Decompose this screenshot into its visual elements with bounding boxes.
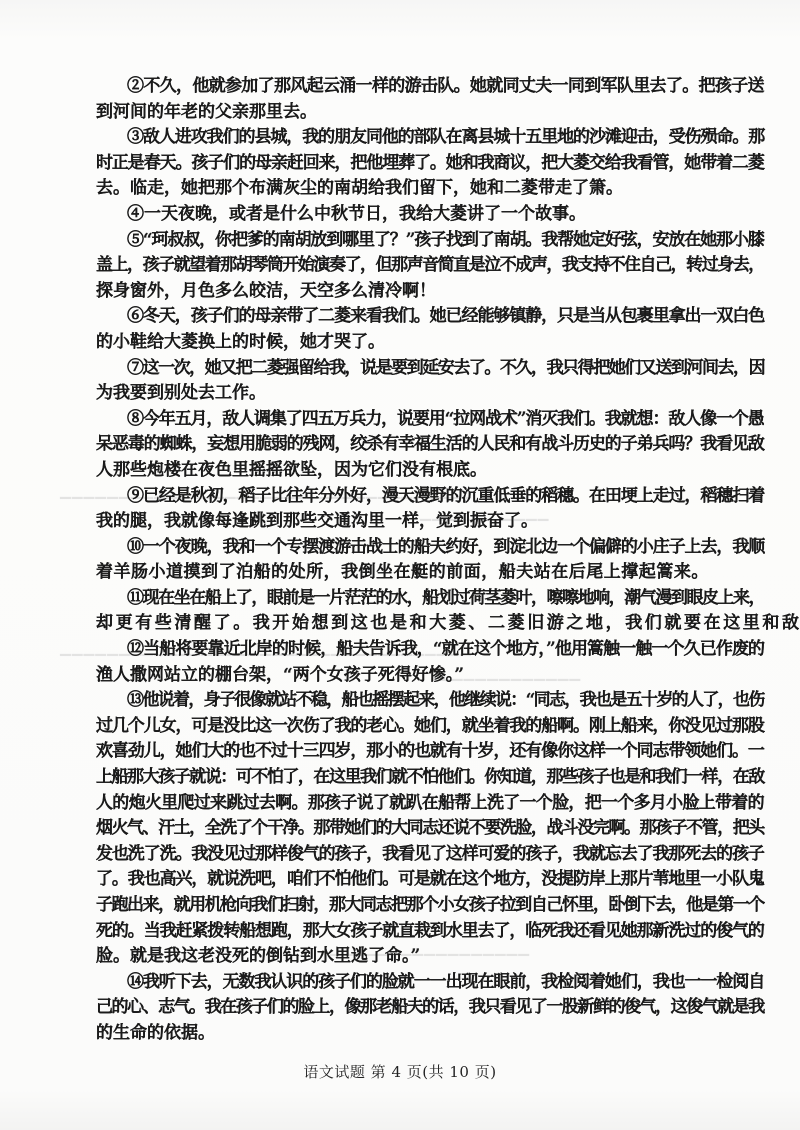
text-line: ⑩一个夜晚，我和一个专摆渡游击战士的船夫约好，到淀北边一个偏僻的小庄子上去，我顺 bbox=[96, 535, 764, 561]
paragraph-7: ⑦这一次，她又把二菱强留给我，说是要到延安去了。不久，我只得把她们又送到河间去，… bbox=[96, 356, 764, 407]
text-line: ③敌人进攻我们的县城，我的朋友同他的部队在离县城十五里地的沙滩迎击，受伤殒命。那 bbox=[96, 125, 764, 151]
text-line: 渔人撒网站立的棚台架，“两个女孩子死得好惨。” bbox=[96, 663, 764, 689]
text-line: ⑪现在坐在船上了，眼前是一片茫茫的水，船划过荷茎菱叶，嚓嚓地响，潮气漫到眼皮上来… bbox=[96, 586, 764, 612]
text-line: ④一天夜晚，或者是什么中秋节日，我给大菱讲了一个故事。 bbox=[96, 202, 764, 228]
text-line: 的生命的依据。 bbox=[96, 1021, 764, 1047]
text-line: 脸。就是我这老没死的倒钻到水里逃了命。” bbox=[96, 944, 764, 970]
paragraph-5: ⑤“珂叔叔，你把爹的南胡放到哪里了？”孩子找到了南胡。我帮她定好弦，安放在她那小… bbox=[96, 228, 764, 305]
text-line: 为我要到别处去工作。 bbox=[96, 381, 764, 407]
text-line: 探身窗外，月色多么皎洁，天空多么清冷啊！ bbox=[96, 279, 764, 305]
text-line: 去。临走，她把那个布满灰尘的南胡给我们留下，她和二菱带走了箫。 bbox=[96, 176, 764, 202]
text-line: 着羊肠小道摸到了泊船的处所，我倒坐在艇的前面，船夫站在后尾上撑起篙来。 bbox=[96, 560, 764, 586]
paragraph-10: ⑩一个夜晚，我和一个专摆渡游击战士的船夫约好，到淀北边一个偏僻的小庄子上去，我顺… bbox=[96, 535, 764, 586]
text-line: 烟火气、汗土，全洗了个干净。那带她们的大同志还说不要洗脸，战斗没完啊。那孩子不管… bbox=[96, 816, 764, 842]
text-line: ⑧今年五月，敌人调集了四五万兵力，说要用“拉网战术”消灭我们。我就想：敌人像一个… bbox=[96, 407, 764, 433]
text-line: 死的。当我赶紧拨转船想跑，那大女孩子就直栽到水里去了，临死我还看见她那新洗过的俊… bbox=[96, 919, 764, 945]
paragraph-8: ⑧今年五月，敌人调集了四五万兵力，说要用“拉网战术”消灭我们。我就想：敌人像一个… bbox=[96, 407, 764, 484]
paragraph-6: ⑥冬天，孩子们的母亲带了二菱来看我们。她已经能够镇静，只是当从包裹里拿出一双白色… bbox=[96, 304, 764, 355]
text-line: ⑬他说着，身子很像就站不稳，船也摇摆起来，他继续说：“同志，我也是五十岁的人了，… bbox=[96, 688, 764, 714]
paragraph-2: ②不久，他就参加了那风起云涌一样的游击队。她就同丈夫一同到军队里去了。把孩子送 … bbox=[96, 74, 764, 125]
paragraph-11: ⑪现在坐在船上了，眼前是一片茫茫的水，船划过荷茎菱叶，嚓嚓地响，潮气漫到眼皮上来… bbox=[96, 586, 764, 637]
text-line: 上船那大孩子就说：可不怕了，在这里我们就不怕他们。你知道，那些孩子也是和我们一样… bbox=[96, 765, 764, 791]
text-line: ⑨已经是秋初，稻子比往年分外好，漫天漫野的沉重低垂的稻穗。在田埂上走过，稻穗扫着 bbox=[96, 484, 764, 510]
text-line: 人的炮火里爬过来跳过去啊。那孩子说了就趴在船帮上洗了一个脸，把一个多月小脸上带着… bbox=[96, 791, 764, 817]
text-line: 盖上，孩子就望着那胡琴筒开始演奏了，但那声音简直是泣不成声，我支持不住自己，转过… bbox=[96, 253, 764, 279]
text-line: 的小鞋给大菱换上的时候，她才哭了。 bbox=[96, 330, 764, 356]
text-line: 发也洗了洗。我没见过那样俊气的孩子，我看见了这样可爱的孩子，我就忘去了我那死去的… bbox=[96, 842, 764, 868]
text-line: 过几个儿女，可是没比这一次伤了我的老心。她们，就坐着我的船啊。刚上船来，你没见过… bbox=[96, 714, 764, 740]
text-line: 到河间的年老的父亲那里去。 bbox=[96, 100, 764, 126]
text-line: 了。我也高兴，就说洗吧，咱们不怕他们。可是就在这个地方，没提防岸上那片苇地里一小… bbox=[96, 867, 764, 893]
text-line: 人那些炮楼在夜色里摇摇欲坠，因为它们没有根底。 bbox=[96, 458, 764, 484]
paragraph-14: ⑭我听下去，无数我认识的孩子们的脸就一一出现在眼前，我检阅着她们，我也一一检阅自… bbox=[96, 970, 764, 1047]
paragraph-3: ③敌人进攻我们的县城，我的朋友同他的部队在离县城十五里地的沙滩迎击，受伤殒命。那… bbox=[96, 125, 764, 202]
text-line: 己的心、志气。我在孩子们的脸上，像那老船夫的话，我只看见了一股新鲜的俊气，这俊气… bbox=[96, 995, 764, 1021]
text-line: 子跑出来，就用机枪向我们扫射，那大同志把那个小女孩子拉到自己怀里，卧倒下去，他是… bbox=[96, 893, 764, 919]
paragraph-13: ⑬他说着，身子很像就站不稳，船也摇摆起来，他继续说：“同志，我也是五十岁的人了，… bbox=[96, 688, 764, 970]
passage-body: ②不久，他就参加了那风起云涌一样的游击队。她就同丈夫一同到军队里去了。把孩子送 … bbox=[96, 74, 764, 1047]
text-line: 呆恶毒的蜘蛛，妄想用脆弱的残网，绞杀有幸福生活的人民和有战斗历史的子弟兵吗？我看… bbox=[96, 432, 764, 458]
text-line: ⑭我听下去，无数我认识的孩子们的脸就一一出现在眼前，我检阅着她们，我也一一检阅自 bbox=[96, 970, 764, 996]
paragraph-9: ⑨已经是秋初，稻子比往年分外好，漫天漫野的沉重低垂的稻穗。在田埂上走过，稻穗扫着… bbox=[96, 484, 764, 535]
page-footer: 语文试题 第 4 页(共 10 页) bbox=[0, 1061, 800, 1082]
text-line: 时正是春天。孩子们的母亲赶回来，把他埋葬了。她和我商议，把大菱交给我看管，她带着… bbox=[96, 151, 764, 177]
text-line: ⑥冬天，孩子们的母亲带了二菱来看我们。她已经能够镇静，只是当从包裹里拿出一双白色 bbox=[96, 304, 764, 330]
paragraph-12: ⑫当船将要靠近北岸的时候，船夫告诉我，“就在这个地方，”他用篙触一触一个久已作废… bbox=[96, 637, 764, 688]
text-line: 欢喜劲儿，她们大的也不过十三四岁，那小的也就有十岁，还有像你这样一个同志带领她们… bbox=[96, 739, 764, 765]
paragraph-4: ④一天夜晚，或者是什么中秋节日，我给大菱讲了一个故事。 bbox=[96, 202, 764, 228]
text-line: ⑦这一次，她又把二菱强留给我，说是要到延安去了。不久，我只得把她们又送到河间去，… bbox=[96, 356, 764, 382]
exam-page: ━━━━━ ▔▔▔▔▔▔▔▔▔▔▔▔▔▔▔▔▔▔▔▔▔▔▔▔▔▔▔▔▔▔▔▔▔▔… bbox=[0, 0, 800, 1130]
text-line: ⑤“珂叔叔，你把爹的南胡放到哪里了？”孩子找到了南胡。我帮她定好弦，安放在她那小… bbox=[96, 228, 764, 254]
text-line: ②不久，他就参加了那风起云涌一样的游击队。她就同丈夫一同到军队里去了。把孩子送 bbox=[96, 74, 764, 100]
text-line: 却更有些清醒了。我开始想到这也是和大菱、二菱旧游之地，我们就要在这里和敌人决战了… bbox=[96, 611, 764, 637]
text-line: 我的腿，我就像每逢跳到那些交通沟里一样，觉到振奋了。 bbox=[96, 509, 764, 535]
text-line: ⑫当船将要靠近北岸的时候，船夫告诉我，“就在这个地方，”他用篙触一触一个久已作废… bbox=[96, 637, 764, 663]
